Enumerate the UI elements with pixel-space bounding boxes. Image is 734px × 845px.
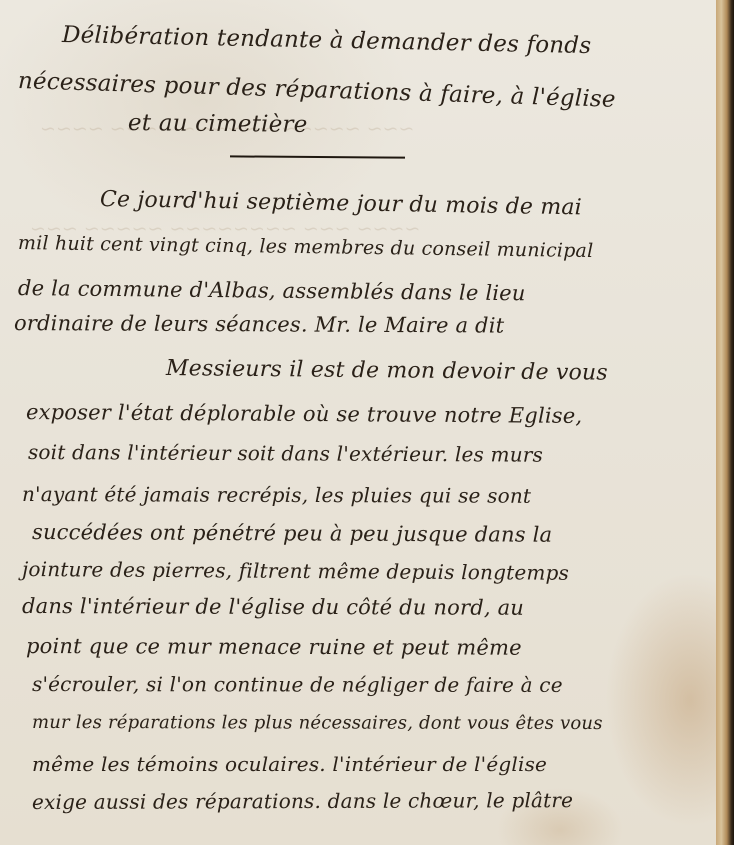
page-binding-edge <box>716 0 734 845</box>
title-line-3: et au cimetière <box>128 110 308 138</box>
body-line: mur les réparations les plus nécessaires… <box>32 712 603 734</box>
body-line: dans l'intérieur de l'église du côté du … <box>22 594 524 620</box>
body-line: point que ce mur menace ruine et peut mê… <box>26 634 522 660</box>
manuscript-page: ~~~ ~~~~~ ~~~~~~ ~~~~ ~~~~ ~~~~ ~~~ ~~~~… <box>0 0 718 845</box>
body-line: succédées ont pénétré peu à peu jusque d… <box>32 520 552 547</box>
body-line: exposer l'état déplorable où se trouve n… <box>26 400 582 428</box>
body-line: Messieurs il est de mon devoir de vous <box>166 356 608 386</box>
body-line: ordinaire de leurs séances. Mr. le Maire… <box>14 311 504 338</box>
body-line: Ce jourd'hui septième jour du mois de ma… <box>100 187 582 220</box>
body-line: même les témoins oculaires. l'intérieur … <box>32 752 547 776</box>
body-line: de la commune d'Albas, assemblés dans le… <box>18 276 526 305</box>
body-line: soit dans l'intérieur soit dans l'extéri… <box>28 440 543 467</box>
body-line: s'écrouler, si l'on continue de négliger… <box>32 672 563 697</box>
body-line: mil huit cent vingt cinq, les membres du… <box>18 232 594 262</box>
title-line-1: Délibération tendante à demander des fon… <box>62 22 592 59</box>
title-underline <box>230 155 405 158</box>
body-line: exige aussi des réparations. dans le chœ… <box>32 788 573 814</box>
body-line: jointure des pierres, filtrent même depu… <box>22 557 569 585</box>
title-line-2: nécessaires pour des réparations à faire… <box>18 68 616 113</box>
body-line: n'ayant été jamais recrépis, les pluies … <box>22 482 531 508</box>
